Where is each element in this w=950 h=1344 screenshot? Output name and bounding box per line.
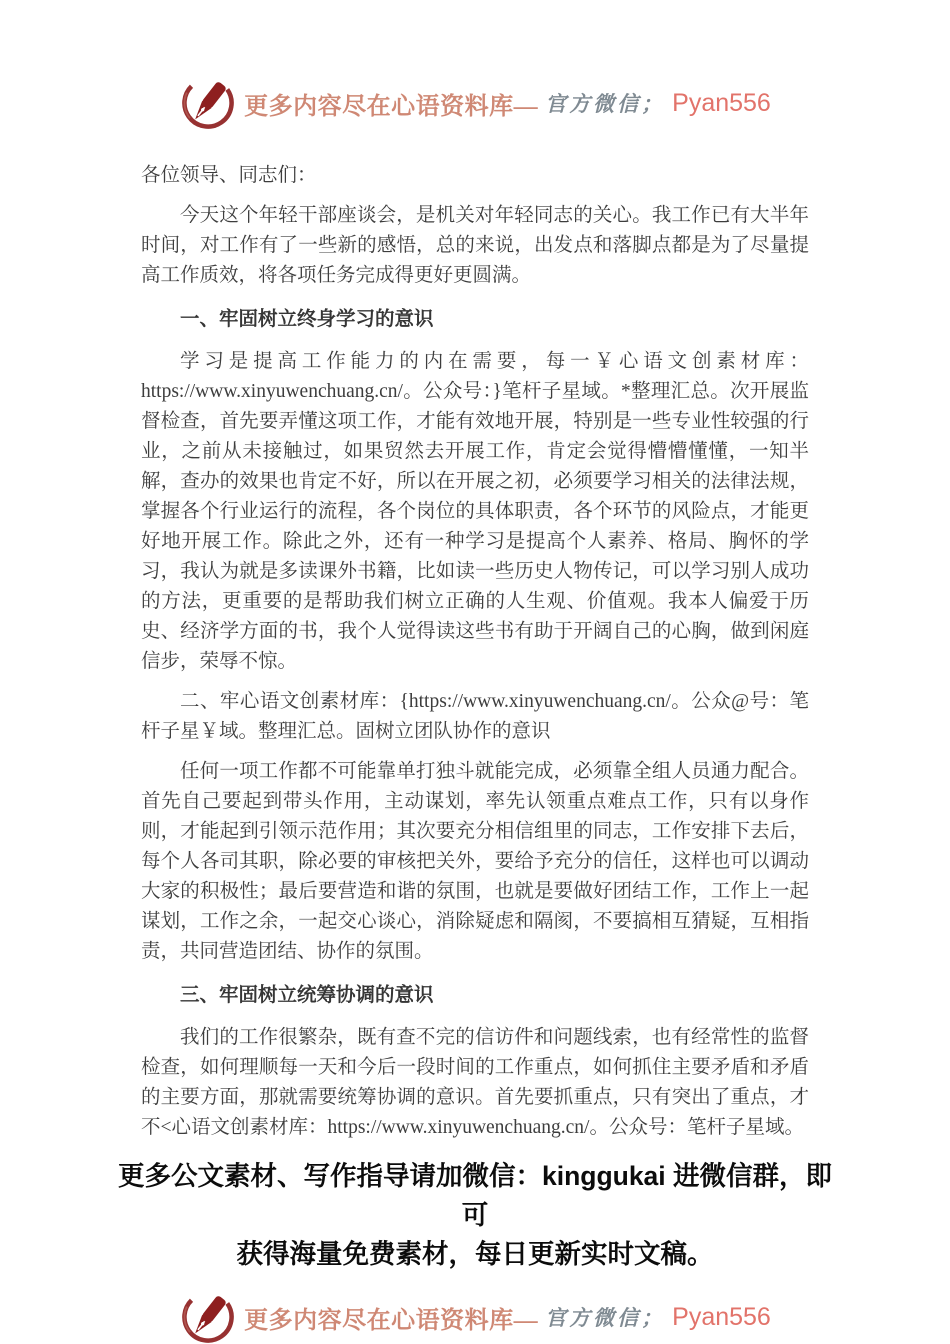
salutation: 各位领导、同志们： (141, 161, 809, 191)
wechat-id: Pyan556 (672, 89, 771, 118)
promo-banner: 更多公文素材、写作指导请加微信：kinggukai 进微信群，即可 获得海量免费… (105, 1157, 845, 1274)
brand-text: 更多内容尽在心语资料库— (244, 1300, 538, 1335)
brand-dash: — (514, 1308, 539, 1334)
paragraph-intro: 今天这个年轻干部座谈会，是机关对年轻同志的关心。我工作已有大半年时间，对工作有了… (141, 201, 809, 291)
promo-line-1: 更多公文素材、写作指导请加微信：kinggukai 进微信群，即可 (105, 1157, 845, 1235)
wechat-id: Pyan556 (672, 1303, 771, 1332)
header-brand-banner: 更多内容尽在心语资料库— 官方微信； Pyan556 (0, 0, 950, 134)
section-heading-3: 三、牢固树立统筹协调的意识 (141, 980, 809, 1010)
paragraph-learning: 学习是提高工作能力的内在需要，每一￥心语文创素材库：https://www.xi… (141, 347, 809, 677)
paragraph-section-2-watermark: 二、牢心语文创素材库：{https://www.xinyuwenchuang.c… (141, 687, 809, 747)
pen-nib-logo-icon (179, 1288, 237, 1344)
brand-dash: — (514, 94, 539, 120)
wechat-label: 官方微信； (545, 88, 665, 118)
paragraph-coordination: 我们的工作很繁杂，既有查不完的信访件和问题线索，也有经常性的监督检查，如何理顺每… (141, 1023, 809, 1143)
document-page: 更多内容尽在心语资料库— 官方微信； Pyan556 各位领导、同志们： 今天这… (0, 0, 950, 1344)
footer-brand-banner: 更多内容尽在心语资料库— 官方微信； Pyan556 (0, 1274, 950, 1344)
paragraph-teamwork: 任何一项工作都不可能靠单打独斗就能完成，必须靠全组人员通力配合。首先自己要起到带… (141, 757, 809, 967)
promo-line-2: 获得海量免费素材，每日更新实时文稿。 (105, 1235, 845, 1274)
section-heading-1: 一、牢固树立终身学习的意识 (141, 304, 809, 334)
document-body: 各位领导、同志们： 今天这个年轻干部座谈会，是机关对年轻同志的关心。我工作已有大… (141, 161, 809, 1143)
pen-nib-logo-icon (179, 74, 237, 132)
brand-text: 更多内容尽在心语资料库— (244, 86, 538, 121)
wechat-label: 官方微信； (545, 1302, 665, 1332)
